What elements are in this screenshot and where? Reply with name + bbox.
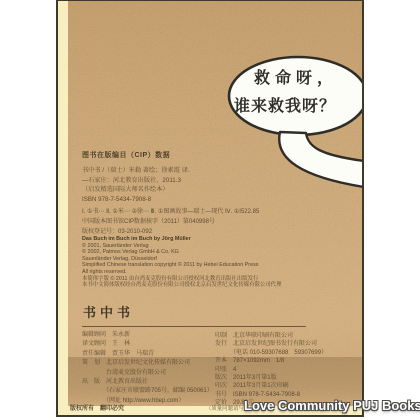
bookstore-watermark: Love Community PUJ Bookstore (244, 398, 420, 413)
bubble-text-line2: 谁来救我呀？ (234, 93, 336, 116)
cip-header: 图书在版编目（CIP）数据 (82, 150, 170, 160)
colophon-row: 策 划 北京启发世纪文化传媒有限公司 (82, 359, 213, 368)
copyright-cn-line: 本书中文简体版权经台湾麦克股份有限公司授权北京启发世纪文化传媒有限公司代理 (82, 282, 281, 289)
cip-classification: Ⅰ. ①书⋯ Ⅱ. ①米⋯ ②徐⋯ Ⅲ. ①图画故事—瑞士—现代 Ⅳ. ①I52… (82, 206, 259, 215)
copyright-line: Simplified Chinese translation copyright… (82, 262, 281, 269)
copyright-registration-number: 版权登记号：03-2010-092 (82, 226, 152, 235)
colophon-row: 编辑顾问 朱永新 (82, 331, 213, 340)
copyright-line: All rights reserved. (82, 269, 281, 276)
cip-line: 书中书 /（瑞士）米勒 著绘；徐素霞 译. (82, 166, 190, 176)
colophon-row: 印次 2011年3月第1次印刷 (215, 382, 327, 390)
cip-record-number: 中国版本图书馆CIP数据核字（2011）第040998号 (82, 216, 215, 225)
colophon-row: 译文顾问 王 林 (82, 340, 213, 349)
book-page: 救命呀， 谁来救我呀？ 图书在版编目（CIP）数据 书中书 /（瑞士）米勒 著绘… (56, 0, 364, 417)
copyright-block: Das Buch im Buch im Buch by Jörg Müller … (82, 236, 281, 289)
screenshot-stage: 救命呀， 谁来救我呀？ 图书在版编目（CIP）数据 书中书 /（瑞士）米勒 著绘… (0, 0, 420, 420)
cip-line: —石家庄：河北教育出版社，2011.3 (82, 176, 190, 186)
colophon-row: 印张 4 (215, 366, 327, 374)
colophon-row: 印制 北京华联印刷有限公司 (215, 332, 327, 340)
colophon-row: （石家庄市联盟路705号，邮编 050061） (82, 387, 213, 396)
colophon-row: 台湾麦克股份有限公司 (82, 369, 213, 378)
copyright-line: © 2002, Patmos Verlag GmbH & Co. KG (82, 249, 281, 256)
colophon-row: 出 版 河北教育出版社 (82, 378, 213, 387)
colophon-row: 责任编辑 贾玉华 马瑞青 (82, 350, 213, 359)
cip-line: （启发精选国际大师名作绘本） (82, 185, 190, 195)
original-title: Das Buch im Buch im Buch by Jörg Müller (82, 236, 281, 243)
book-title: 书中书 (83, 302, 134, 321)
colophon-row: 开本 787×1092mm 1/8 (215, 357, 327, 365)
cip-line: ISBN 978-7-5434-7908-8 (82, 195, 190, 205)
colophon-left-column: 编辑顾问 朱永新 译文顾问 王 林 责任编辑 贾玉华 马瑞青 策 划 北京启发世… (82, 331, 213, 406)
title-divider-rule (82, 326, 306, 327)
colophon-row: （电话 010-59307688 59307699） (215, 349, 327, 357)
bubble-text-line1: 救命呀， (254, 65, 338, 88)
colophon-right-column: 印制 北京华联印刷有限公司 发行 北京启发世纪图书发行有限公司 （电话 010-… (215, 332, 327, 408)
colophon-row: 版次 2011年3月第1版 (215, 374, 327, 382)
colophon-row: 发行 北京启发世纪图书发行有限公司 (215, 340, 327, 348)
cip-description: 书中书 /（瑞士）米勒 著绘；徐素霞 译. —石家庄：河北教育出版社，2011.… (82, 166, 190, 204)
all-rights-reserved-notice: 版权所有 翻印必究 (70, 403, 124, 412)
